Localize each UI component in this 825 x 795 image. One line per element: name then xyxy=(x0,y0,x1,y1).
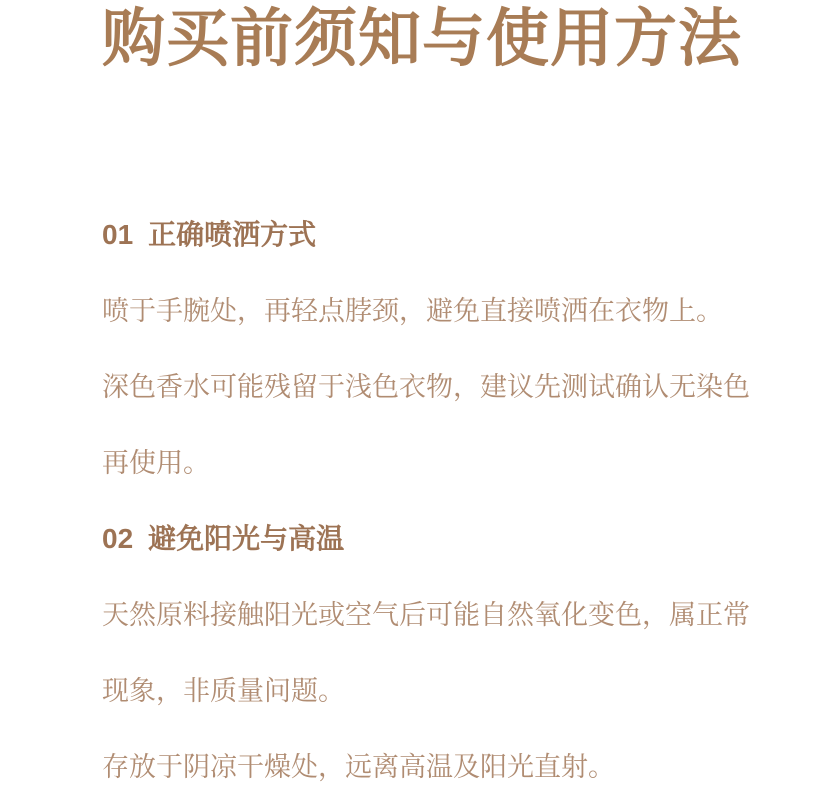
body-line: 存放于阴凉干燥处，远离高温及阳光直射。 xyxy=(102,747,785,787)
page-title: 购买前须知与使用方法 xyxy=(102,0,785,74)
section-heading-text: 避免阳光与高温 xyxy=(148,523,344,554)
body-line: 喷于手腕处，再轻点脖颈，避免直接喷洒在衣物上。 xyxy=(102,291,785,331)
body-line: 深色香水可能残留于浅色衣物，建议先测试确认无染色 xyxy=(102,367,785,407)
section-number: 02 xyxy=(102,519,133,559)
product-notice-panel: 购买前须知与使用方法 01正确喷洒方式 喷于手腕处，再轻点脖颈，避免直接喷洒在衣… xyxy=(0,0,825,795)
section-avoid-sunlight: 02避免阳光与高温 天然原料接触阳光或空气后可能自然氧化变色，属正常 现象，非质… xyxy=(102,519,785,787)
body-line: 现象，非质量问题。 xyxy=(102,671,785,711)
section-heading-02: 02避免阳光与高温 xyxy=(102,519,785,559)
body-line: 再使用。 xyxy=(102,443,785,483)
body-line: 天然原料接触阳光或空气后可能自然氧化变色，属正常 xyxy=(102,595,785,635)
section-heading-text: 正确喷洒方式 xyxy=(148,219,316,250)
section-spray-method: 01正确喷洒方式 喷于手腕处，再轻点脖颈，避免直接喷洒在衣物上。 深色香水可能残… xyxy=(102,215,785,483)
section-number: 01 xyxy=(102,215,133,255)
section-heading-01: 01正确喷洒方式 xyxy=(102,215,785,255)
